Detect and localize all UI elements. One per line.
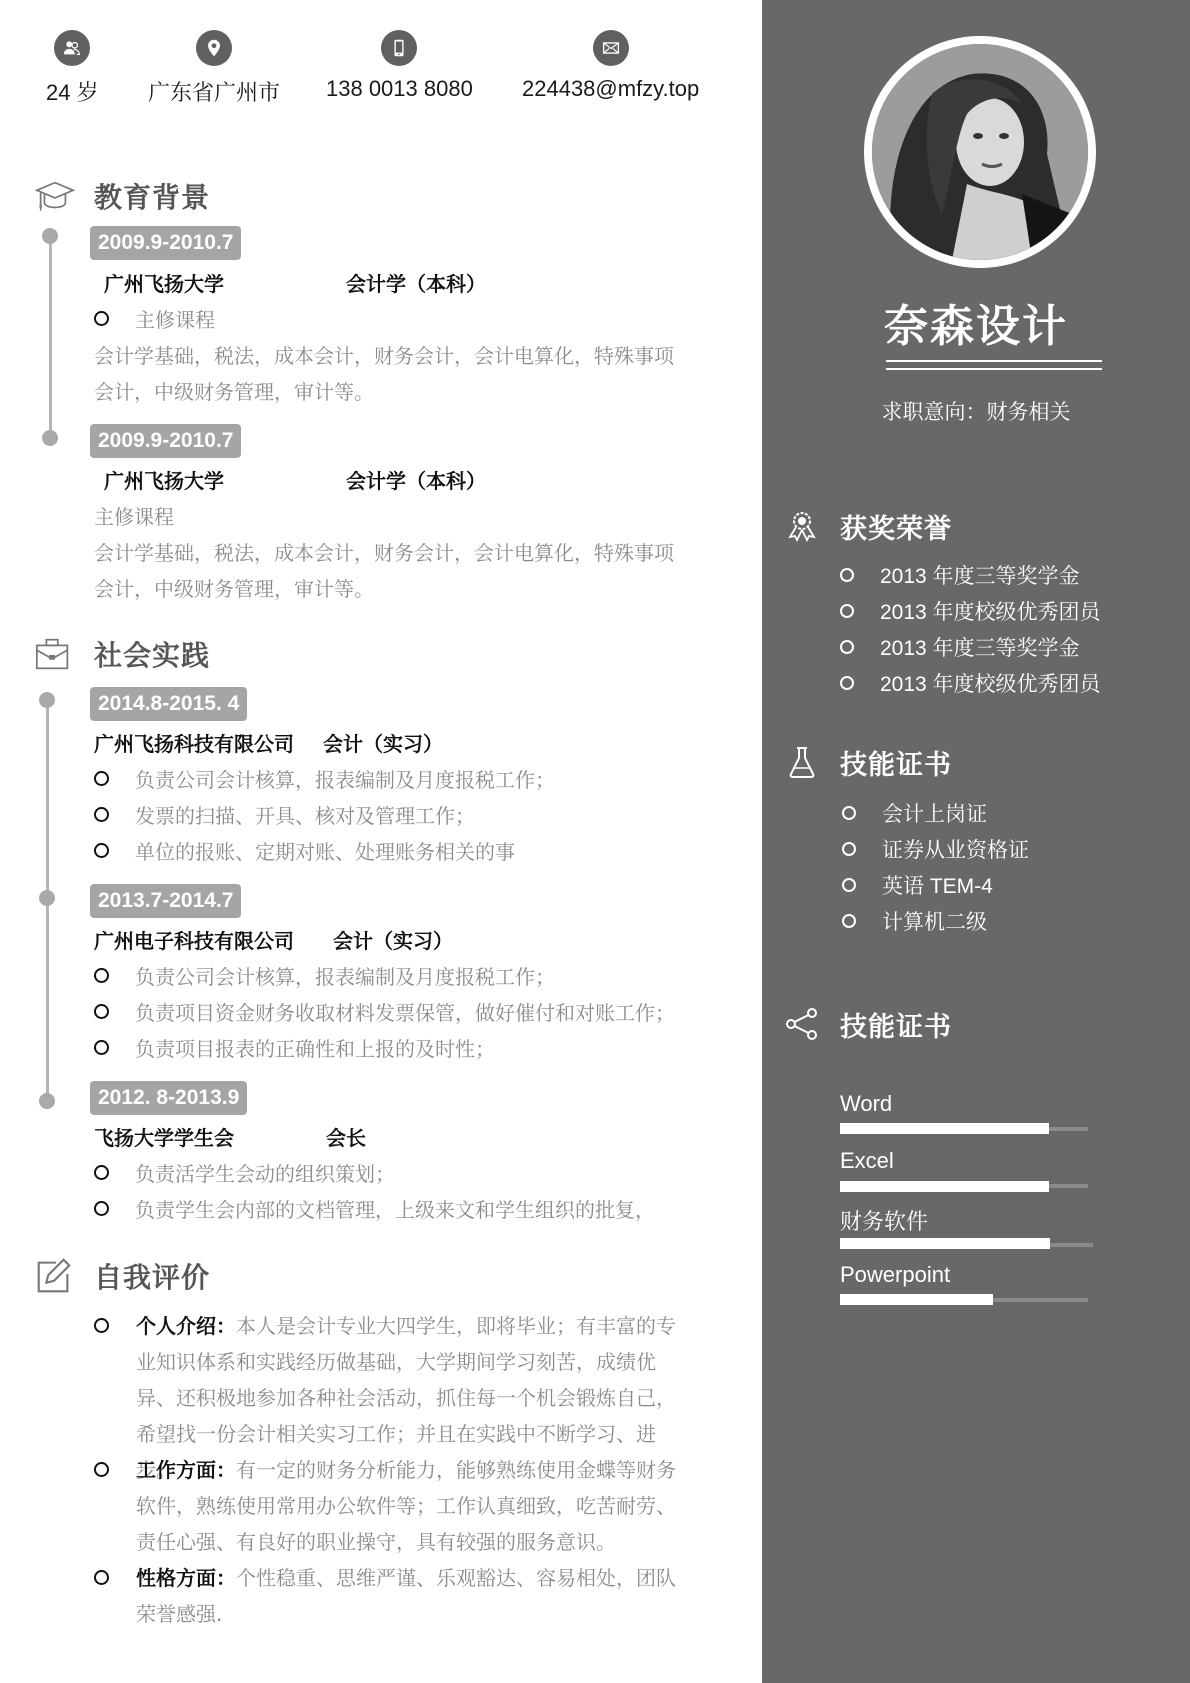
contact-location: 广东省广州市 [148, 30, 280, 107]
list-item-text: 负责活学生会动的组织策划； [135, 1158, 395, 1187]
bullet-ring-icon [94, 311, 109, 326]
profile-photo [872, 44, 1088, 260]
course-text: 会计，中级财务管理，审计等。 [94, 376, 374, 405]
email-text: 224438@mfzy.top [522, 76, 699, 102]
list-item: 负责学生会内部的文档管理，上级来文和学生组织的批复， [94, 1194, 655, 1223]
practice-org-line: 广州电子科技有限公司 会计（实习） [94, 925, 453, 954]
skill-bar-finance-software [840, 1238, 1050, 1249]
bullet-ring-icon [94, 1570, 109, 1585]
avatar [864, 36, 1096, 268]
list-item-text: 负责项目报表的正确性和上报的及时性； [135, 1033, 495, 1062]
cert-text: 证券从业资格证 [882, 834, 1029, 864]
list-item: 主修课程 [94, 304, 215, 333]
share-icon [782, 1004, 822, 1044]
skill-label: Word [840, 1091, 892, 1117]
section-awards-title: 获奖荣誉 [840, 507, 952, 546]
skill-bar-word [840, 1123, 1049, 1134]
bullet-ring-icon [842, 878, 856, 892]
bullet-ring-icon [842, 806, 856, 820]
eval-key: 工作方面： [136, 1458, 236, 1482]
self-eval-item: 性格方面：个性稳重、思维严谨、乐观豁达、容易相处，团队荣誉感强. [94, 1560, 694, 1632]
phone-icon [381, 30, 417, 66]
section-practice-title: 社会实践 [94, 634, 210, 674]
bullet-ring-icon [840, 640, 854, 654]
flask-icon [782, 742, 822, 782]
eval-key: 个人介绍： [136, 1314, 236, 1338]
org-name: 广州电子科技有限公司 [94, 925, 294, 954]
major-name: 会计学（本科） [346, 268, 486, 297]
date-badge: 2009.9-2010.7 [90, 226, 241, 260]
timeline-dot [39, 890, 55, 906]
education-timeline [49, 236, 52, 438]
date-badge: 2014.8-2015. 4 [90, 687, 247, 721]
contact-phone: 138 0013 8080 [326, 30, 473, 102]
section-self-eval-title: 自我评价 [94, 1256, 210, 1296]
location-text: 广东省广州市 [148, 76, 280, 107]
timeline-dot [39, 1093, 55, 1109]
divider [886, 360, 1102, 362]
bullet-ring-icon [840, 568, 854, 582]
bullet-ring-icon [94, 968, 109, 983]
bullet-ring-icon [94, 1318, 109, 1333]
list-item-text: 发票的扫描、开具、核对及管理工作； [135, 800, 475, 829]
list-item: 负责公司会计核算，报表编制及月度报税工作； [94, 961, 555, 990]
candidate-name: 奈森设计 [762, 290, 1190, 354]
briefcase-icon [32, 632, 76, 676]
section-education-header: 教育背景 [32, 174, 210, 218]
award-text: 2013 年度三等奖学金 [880, 560, 1080, 590]
skill-label: 财务软件 [840, 1205, 928, 1236]
skill-label: Excel [840, 1148, 894, 1174]
list-item: 负责项目报表的正确性和上报的及时性； [94, 1033, 495, 1062]
award-text: 2013 年度三等奖学金 [880, 632, 1080, 662]
award-item: 2013 年度三等奖学金 [840, 632, 1080, 662]
school-name: 广州飞扬大学 [104, 465, 224, 494]
eval-key: 性格方面： [136, 1566, 236, 1590]
section-practice-header: 社会实践 [32, 632, 210, 676]
award-ribbon-icon [782, 506, 822, 546]
section-self-eval-header: 自我评价 [32, 1254, 210, 1298]
section-awards-header: 获奖荣誉 [782, 506, 952, 546]
award-text: 2013 年度校级优秀团员 [880, 668, 1101, 698]
list-item: 负责项目资金财务收取材料发票保管，做好催付和对账工作； [94, 997, 675, 1026]
edit-icon [32, 1254, 76, 1298]
section-certs-header: 技能证书 [782, 742, 952, 782]
course-text: 会计学基础，税法，成本会计，财务会计，会计电算化，特殊事项 [94, 537, 674, 566]
practice-org-line: 飞扬大学学生会 会长 [94, 1122, 234, 1151]
course-label: 主修课程 [135, 304, 215, 333]
contact-email: 224438@mfzy.top [522, 30, 699, 102]
list-item-text: 单位的报账、定期对账、处理账务相关的事 [135, 836, 515, 865]
bullet-ring-icon [842, 842, 856, 856]
practice-org-line: 广州飞扬科技有限公司 会计（实习） [94, 728, 443, 757]
org-name: 飞扬大学学生会 [94, 1122, 234, 1151]
list-item-text: 负责公司会计核算，报表编制及月度报税工作； [135, 961, 555, 990]
edu-org-line: 广州飞扬大学 会计学（本科） [104, 268, 224, 297]
list-item-text: 负责项目资金财务收取材料发票保管，做好催付和对账工作； [135, 997, 675, 1026]
bullet-ring-icon [94, 843, 109, 858]
date-badge: 2009.9-2010.7 [90, 424, 241, 458]
skill-bar-excel [840, 1181, 1049, 1192]
award-item: 2013 年度校级优秀团员 [840, 668, 1101, 698]
list-item: 发票的扫描、开具、核对及管理工作； [94, 800, 475, 829]
section-certs-title: 技能证书 [840, 743, 952, 782]
main-column: 24 岁 广东省广州市 138 0013 8080 224438@mfzy.to… [0, 0, 762, 1683]
age-text: 24 岁 [46, 76, 99, 107]
cert-item: 计算机二级 [842, 906, 987, 936]
edu-org-line: 广州飞扬大学 会计学（本科） [104, 465, 224, 494]
role-name: 会长 [326, 1122, 366, 1151]
school-name: 广州飞扬大学 [104, 268, 224, 297]
phone-text: 138 0013 8080 [326, 76, 473, 102]
section-skills-title: 技能证书 [840, 1005, 952, 1044]
divider [886, 368, 1102, 370]
cert-text: 计算机二级 [882, 906, 987, 936]
cert-item: 证券从业资格证 [842, 834, 1029, 864]
org-name: 广州飞扬科技有限公司 [94, 728, 294, 757]
cert-item: 会计上岗证 [842, 798, 987, 828]
section-skills-header: 技能证书 [782, 1004, 952, 1044]
award-item: 2013 年度校级优秀团员 [840, 596, 1101, 626]
location-pin-icon [196, 30, 232, 66]
bullet-ring-icon [94, 807, 109, 822]
cert-text: 英语 TEM-4 [882, 870, 993, 900]
sidebar: 奈森设计 求职意向：财务相关 获奖荣誉 2013 年度三等奖学金 2013 年度… [762, 0, 1190, 1683]
skill-bar-powerpoint [840, 1294, 993, 1305]
list-item: 负责公司会计核算，报表编制及月度报税工作； [94, 764, 555, 793]
cert-item: 英语 TEM-4 [842, 870, 993, 900]
contact-row: 24 岁 广东省广州市 138 0013 8080 224438@mfzy.to… [0, 30, 762, 110]
list-item: 单位的报账、定期对账、处理账务相关的事 [94, 836, 515, 865]
major-name: 会计学（本科） [346, 465, 486, 494]
skill-label: Powerpoint [840, 1262, 950, 1288]
contact-age: 24 岁 [46, 30, 99, 107]
timeline-dot [42, 228, 58, 244]
role-name: 会计（实习） [333, 925, 453, 954]
bullet-ring-icon [94, 1004, 109, 1019]
bullet-ring-icon [842, 914, 856, 928]
envelope-icon [593, 30, 629, 66]
graduation-cap-icon [32, 174, 76, 218]
bullet-ring-icon [840, 604, 854, 618]
bullet-ring-icon [94, 1201, 109, 1216]
bullet-ring-icon [94, 771, 109, 786]
section-education-title: 教育背景 [94, 176, 210, 216]
bullet-ring-icon [94, 1462, 109, 1477]
self-eval-item: 工作方面：有一定的财务分析能力，能够熟练使用金蝶等财务软件，熟练使用常用办公软件… [94, 1452, 694, 1560]
list-item-text: 负责公司会计核算，报表编制及月度报税工作； [135, 764, 555, 793]
timeline-dot [42, 430, 58, 446]
date-badge: 2012. 8-2013.9 [90, 1081, 247, 1115]
course-text: 会计，中级财务管理，审计等。 [94, 573, 374, 602]
course-text: 会计学基础，税法，成本会计，财务会计，会计电算化，特殊事项 [94, 340, 674, 369]
award-text: 2013 年度校级优秀团员 [880, 596, 1101, 626]
people-icon [54, 30, 90, 66]
course-label: 主修课程 [94, 501, 174, 530]
award-item: 2013 年度三等奖学金 [840, 560, 1080, 590]
bullet-ring-icon [840, 676, 854, 690]
cert-text: 会计上岗证 [882, 798, 987, 828]
date-badge: 2013.7-2014.7 [90, 884, 241, 918]
timeline-dot [39, 692, 55, 708]
role-name: 会计（实习） [323, 728, 443, 757]
list-item-text: 负责学生会内部的文档管理，上级来文和学生组织的批复， [135, 1194, 655, 1223]
list-item: 负责活学生会动的组织策划； [94, 1158, 395, 1187]
bullet-ring-icon [94, 1165, 109, 1180]
job-intent: 求职意向：财务相关 [762, 396, 1190, 426]
bullet-ring-icon [94, 1040, 109, 1055]
